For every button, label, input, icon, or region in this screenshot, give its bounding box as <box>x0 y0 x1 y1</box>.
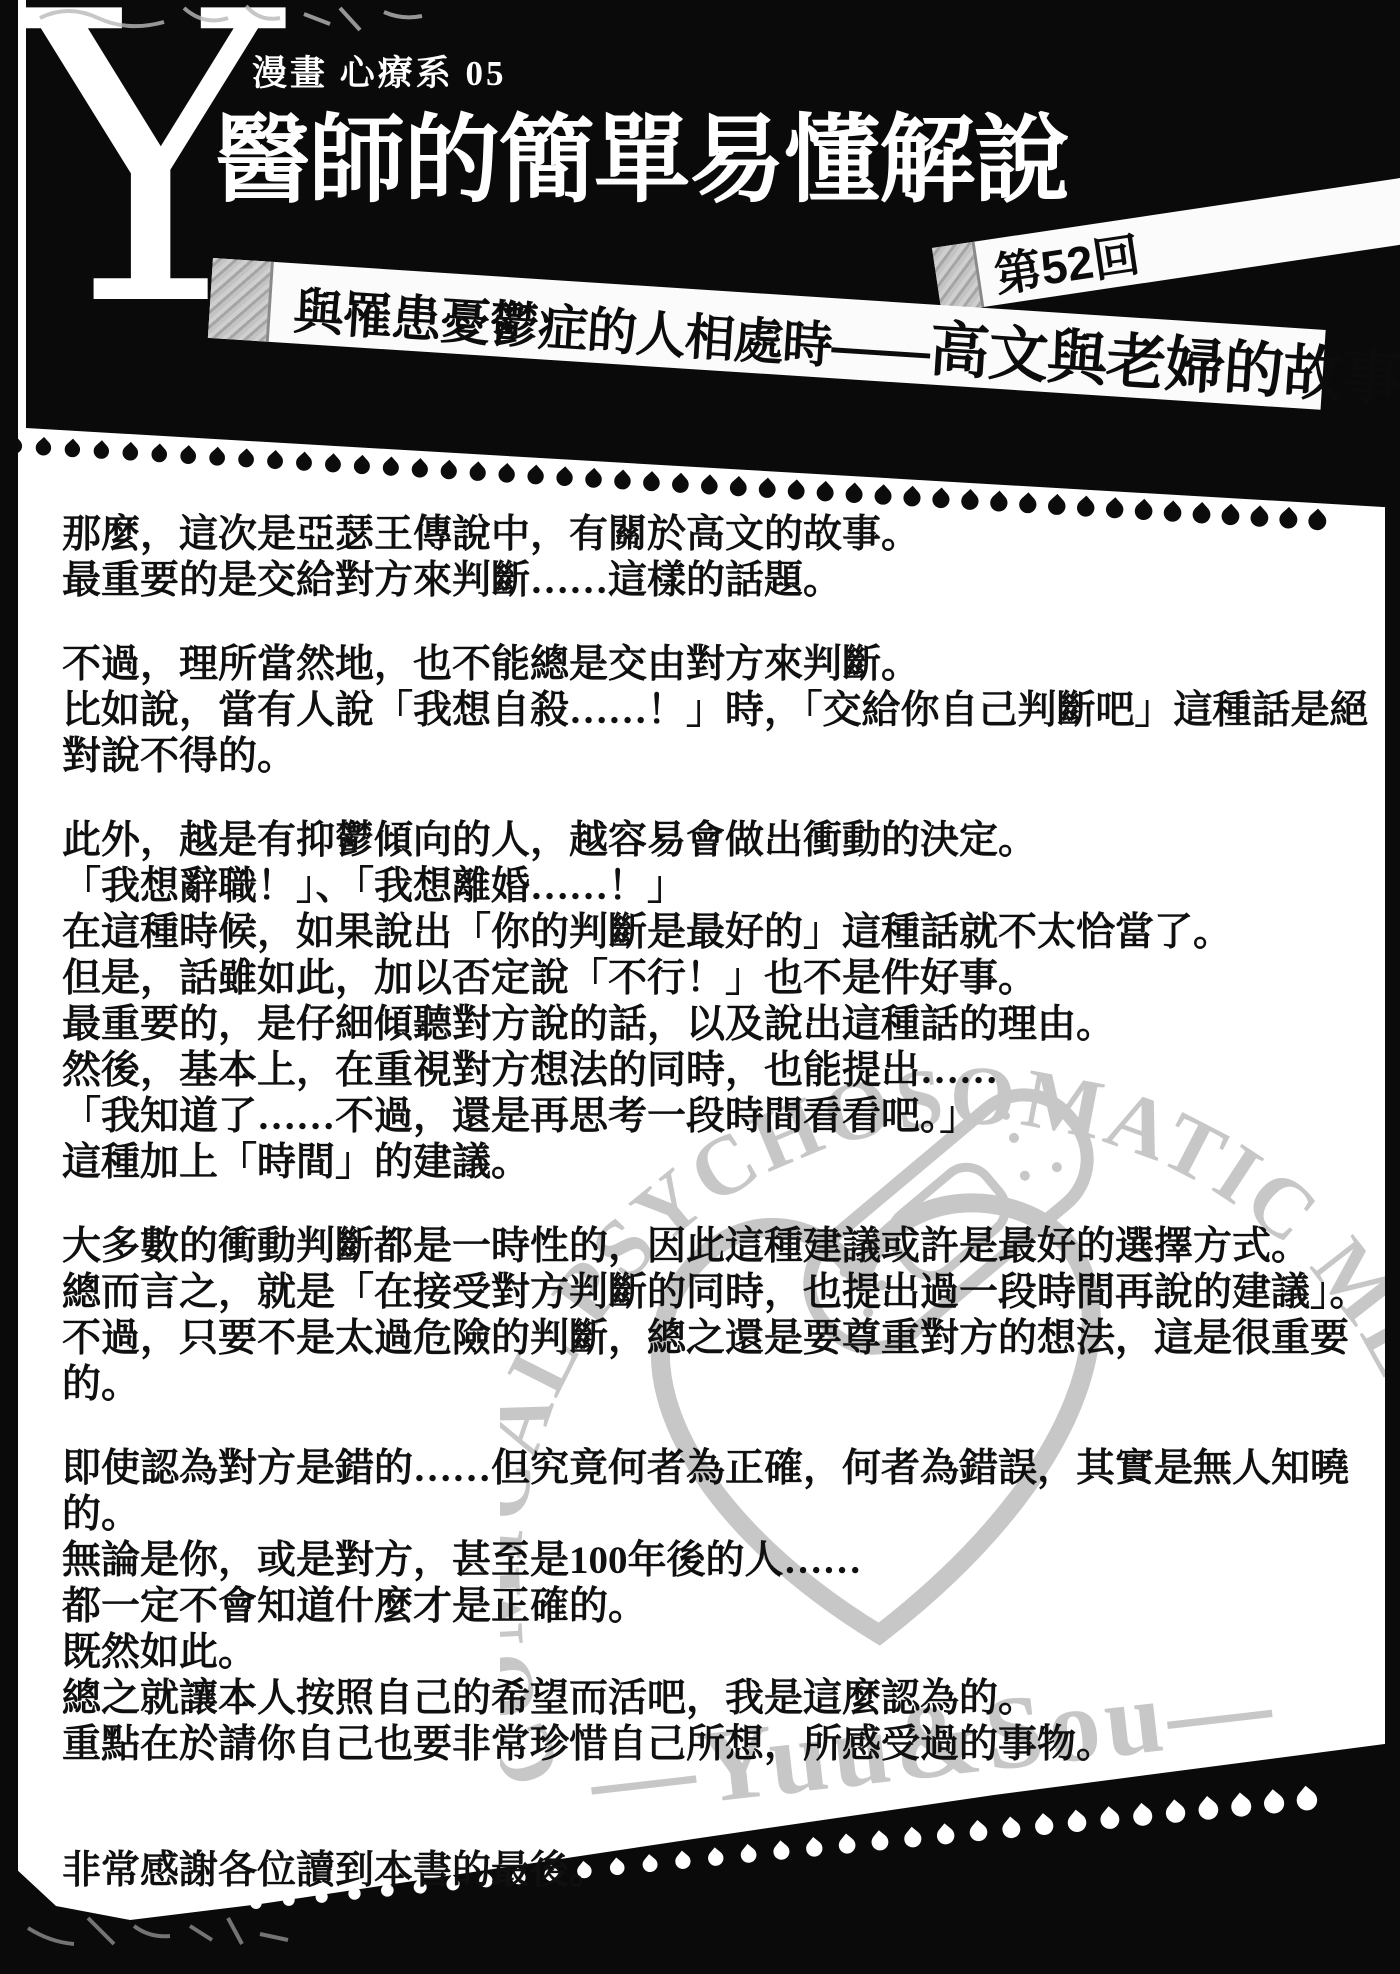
body-paragraph: 即使認為對方是錯的……但究竟何者為正確，何者為錯誤，其實是無人知曉的。無論是你，… <box>62 1446 1362 1768</box>
teardrop-dot-icon <box>437 460 460 483</box>
body-paragraph: 那麼，這次是亞瑟王傳說中，有關於高文的故事。最重要的是交給對方來判斷……這樣的話… <box>62 512 1362 604</box>
teardrop-dot-icon <box>611 470 634 493</box>
body-paragraph: 大多數的衝動判斷都是一時性的，因此這種建議或許是最好的選擇方式。總而言之，就是「… <box>62 1224 1362 1408</box>
text-line: 的。 <box>62 1362 1362 1408</box>
teardrop-dot-icon <box>900 486 924 510</box>
text-line: 非常感謝各位讀到本書的最後。 <box>62 1848 1362 1894</box>
text-line: 總而言之，就是「在接受對方判斷的同時，也提出過一段時間再說的建議」。 <box>62 1270 1362 1316</box>
teardrop-dot-icon <box>755 478 779 502</box>
teardrop-dot-icon <box>62 439 84 461</box>
teardrop-dot-icon <box>90 440 112 462</box>
page-border-right <box>1385 0 1400 1974</box>
teardrop-dot-icon <box>726 476 750 500</box>
text-line: 在這種時候，如果說出「你的判斷是最好的」這種話就不太恰當了。 <box>62 910 1362 956</box>
page-border-left <box>0 0 18 1974</box>
text-line: 大多數的衝動判斷都是一時性的，因此這種建議或許是最好的選擇方式。 <box>62 1224 1362 1270</box>
corner-scribble-top <box>34 0 454 48</box>
body-paragraph: 此外，越是有抑鬱傾向的人，越容易會做出衝動的決定。「我想辭職！」、「我想離婚……… <box>62 818 1362 1186</box>
teardrop-dot-icon <box>33 437 55 459</box>
teardrop-dot-icon <box>669 473 692 496</box>
teardrop-dot-icon <box>351 455 374 478</box>
text-line: 不過，只要不是太過危險的判斷，總之還是要尊重對方的想法，這是很重要 <box>62 1316 1362 1362</box>
teardrop-dot-icon <box>264 450 286 472</box>
teardrop-dot-icon <box>582 468 605 491</box>
body-paragraph: 不過，理所當然地，也不能總是交由對方來判斷。比如說，當有人說「我想自殺……！」時… <box>62 642 1362 780</box>
teardrop-dot-icon <box>322 453 344 475</box>
text-line: 都一定不會知道什麼才是正確的。 <box>62 1584 1362 1630</box>
teardrop-dot-icon <box>408 458 431 481</box>
teardrop-dot-icon <box>784 479 808 503</box>
teardrop-dot-icon <box>293 452 315 474</box>
subtitle-dash: —— <box>830 318 931 380</box>
text-line: 此外，越是有抑鬱傾向的人，越容易會做出衝動的決定。 <box>62 818 1362 864</box>
body-paragraph: 非常感謝各位讀到本書的最後。 <box>62 1848 1362 1894</box>
text-line: 但是，話雖如此，加以否定說「不行！」也不是件好事。 <box>62 956 1362 1002</box>
text-line: 的。 <box>62 1492 1362 1538</box>
teardrop-dot-icon <box>206 447 228 469</box>
text-line: 重點在於請你自己也要非常珍惜自己所想，所感受過的事物。 <box>62 1722 1362 1768</box>
text-line: 「我想辭職！」、「我想離婚……！」 <box>62 864 1362 910</box>
teardrop-dot-icon <box>842 483 866 507</box>
text-line: 最重要的是交給對方來判斷……這樣的話題。 <box>62 558 1362 604</box>
teardrop-dot-icon <box>871 484 895 508</box>
page-title: 醫師的簡單易懂解說 <box>214 84 1069 221</box>
teardrop-dot-icon <box>495 463 518 486</box>
teardrop-dot-icon <box>148 444 170 466</box>
teardrop-dot-icon <box>524 465 547 488</box>
afterword-text: 那麼，這次是亞瑟王傳說中，有關於高文的故事。最重要的是交給對方來判斷……這樣的話… <box>62 512 1362 1932</box>
text-line: 總之就讓本人按照自己的希望而活吧，我是這麼認為的。 <box>62 1676 1362 1722</box>
text-line: 然後，基本上，在重視對方想法的同時，也能提出…… <box>62 1048 1362 1094</box>
text-line: 無論是你，或是對方，甚至是100年後的人…… <box>62 1538 1362 1584</box>
text-line: 即使認為對方是錯的……但究竟何者為正確，何者為錯誤，其實是無人知曉 <box>62 1446 1362 1492</box>
manga-afterword-page: COMICAL PSYCHOSOMATIC MEDICINE —Yuu&Sou—… <box>0 0 1400 1974</box>
text-line: 最重要的，是仔細傾聽對方說的話，以及說出這種話的理由。 <box>62 1002 1362 1048</box>
text-line: 既然如此。 <box>62 1630 1362 1676</box>
tape-icon <box>208 258 274 342</box>
teardrop-dot-icon <box>813 481 837 505</box>
teardrop-dot-icon <box>380 457 403 480</box>
teardrop-dot-icon <box>640 471 663 494</box>
teardrop-dot-icon <box>119 442 141 464</box>
teardrop-dot-icon <box>466 461 489 484</box>
teardrop-dot-icon <box>958 489 982 513</box>
teardrop-dot-icon <box>177 445 199 467</box>
text-line: 比如說，當有人說「我想自殺……！」時，「交給你自己判斷吧」這種話是絕 <box>62 688 1362 734</box>
teardrop-dot-icon <box>553 466 576 489</box>
text-line: 「我知道了……不過，還是再思考一段時間看看吧。」 <box>62 1094 1362 1140</box>
teardrop-dot-icon <box>929 487 953 511</box>
teardrop-dot-icon <box>235 448 257 470</box>
text-line: 對說不得的。 <box>62 734 1362 780</box>
text-line: 不過，理所當然地，也不能總是交由對方來判斷。 <box>62 642 1362 688</box>
text-line: 這種加上「時間」的建議。 <box>62 1140 1362 1186</box>
teardrop-dot-icon <box>698 474 721 497</box>
corner-scribble-bottom <box>20 1898 320 1968</box>
